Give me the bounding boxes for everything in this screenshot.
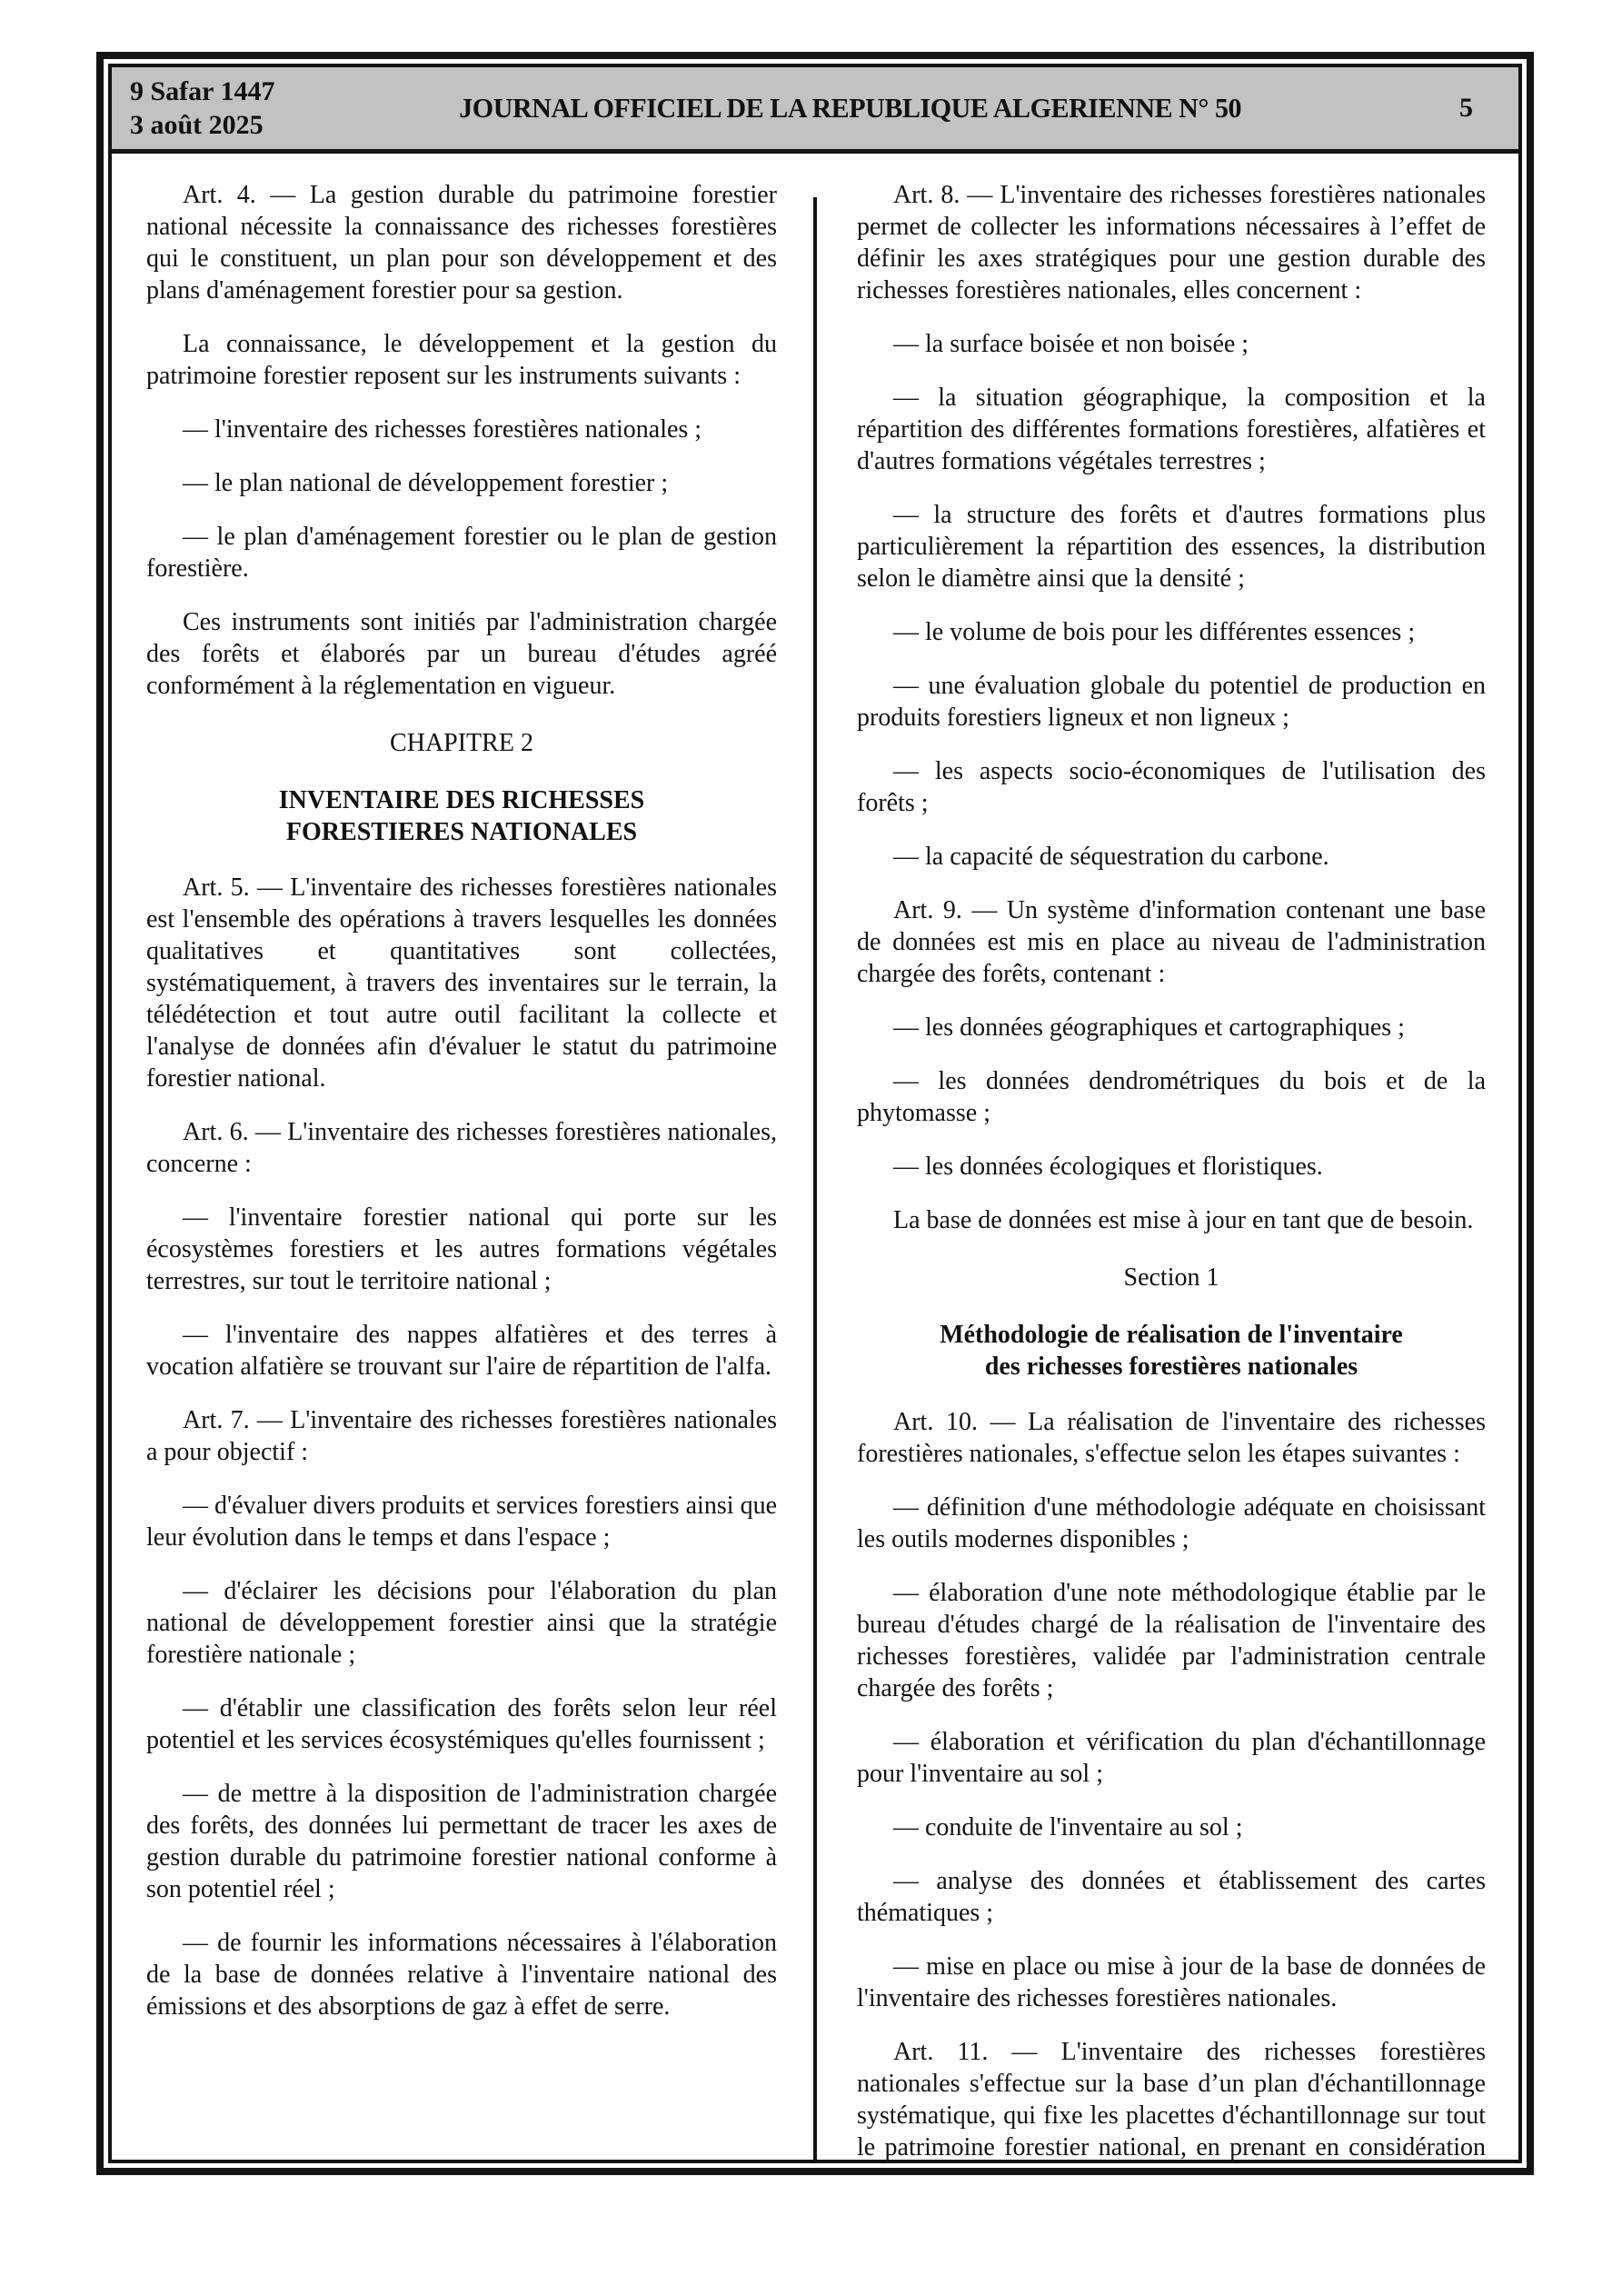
list-item: — conduite de l'inventaire au sol ; xyxy=(857,1812,1486,1843)
article-paragraph: Art. 9. — Un système d'information conte… xyxy=(857,894,1486,990)
list-item: — définition d'une méthodologie adéquate… xyxy=(857,1492,1486,1555)
section-title: Méthodologie de réalisation de l'inventa… xyxy=(857,1319,1486,1383)
right-column: Art. 8. — L'inventaire des richesses for… xyxy=(815,154,1518,2163)
list-item: — la situation géographique, la composit… xyxy=(857,382,1486,477)
page-frame-outer: 9 Safar 1447 3 août 2025 JOURNAL OFFICIE… xyxy=(96,52,1534,2175)
paragraph: La base de données est mise à jour en ta… xyxy=(857,1204,1486,1236)
list-item: — d'évaluer divers produits et services … xyxy=(146,1490,777,1553)
list-item: — élaboration d'une note méthodologique … xyxy=(857,1577,1486,1704)
list-item: — de fournir les informations nécessaire… xyxy=(146,1927,777,2022)
page-number: 5 xyxy=(1391,93,1495,124)
section-heading: Section 1 xyxy=(857,1262,1486,1293)
list-item: — le plan national de développement fore… xyxy=(146,467,777,499)
chapter-title: INVENTAIRE DES RICHESSES FORESTIERES NAT… xyxy=(146,784,777,848)
list-item: — analyse des données et établissement d… xyxy=(857,1865,1486,1929)
paragraph: La connaissance, le développement et la … xyxy=(146,328,777,392)
list-item: — le plan d'aménagement forestier ou le … xyxy=(146,521,777,584)
page-header: 9 Safar 1447 3 août 2025 JOURNAL OFFICIE… xyxy=(112,67,1518,154)
hijri-date: 9 Safar 1447 xyxy=(130,75,274,108)
page-content: Art. 4. — La gestion durable du patrimoi… xyxy=(112,154,1518,2163)
list-item: — l'inventaire des richesses forestières… xyxy=(146,414,777,445)
left-column: Art. 4. — La gestion durable du patrimoi… xyxy=(112,154,815,2163)
list-item: — d'établir une classification des forêt… xyxy=(146,1692,777,1756)
list-item: — les données géographiques et cartograp… xyxy=(857,1012,1486,1043)
journal-title: JOURNAL OFFICIEL DE LA REPUBLIQUE ALGERI… xyxy=(292,92,1375,125)
list-item: — l'inventaire forestier national qui po… xyxy=(146,1202,777,1297)
list-item: — d'éclairer les décisions pour l'élabor… xyxy=(146,1575,777,1671)
article-paragraph: Art. 11. — L'inventaire des richesses fo… xyxy=(857,2036,1486,2163)
list-item: — la structure des forêts et d'autres fo… xyxy=(857,499,1486,594)
list-item: — l'inventaire des nappes alfatières et … xyxy=(146,1319,777,1383)
chapter-heading: CHAPITRE 2 xyxy=(146,727,777,759)
article-paragraph: Art. 10. — La réalisation de l'inventair… xyxy=(857,1406,1486,1470)
list-item: — les aspects socio-économiques de l'uti… xyxy=(857,755,1486,819)
list-item: — les données écologiques et floristique… xyxy=(857,1151,1486,1183)
list-item: — la surface boisée et non boisée ; xyxy=(857,328,1486,360)
list-item: — la capacité de séquestration du carbon… xyxy=(857,841,1486,873)
article-paragraph: Art. 7. — L'inventaire des richesses for… xyxy=(146,1404,777,1468)
article-paragraph: Art. 6. — L'inventaire des richesses for… xyxy=(146,1116,777,1180)
article-paragraph: Art. 4. — La gestion durable du patrimoi… xyxy=(146,179,777,306)
article-paragraph: Art. 5. — L'inventaire des richesses for… xyxy=(146,872,777,1094)
article-paragraph: Art. 8. — L'inventaire des richesses for… xyxy=(857,179,1486,306)
list-item: — les données dendrométriques du bois et… xyxy=(857,1065,1486,1129)
column-divider xyxy=(813,197,817,2163)
issue-dates: 9 Safar 1447 3 août 2025 xyxy=(130,75,274,142)
list-item: — élaboration et vérification du plan d'… xyxy=(857,1726,1486,1790)
list-item: — mise en place ou mise à jour de la bas… xyxy=(857,1951,1486,2014)
list-item: — le volume de bois pour les différentes… xyxy=(857,616,1486,648)
list-item: — de mettre à la disposition de l'admini… xyxy=(146,1778,777,1905)
page-frame-inner: 9 Safar 1447 3 août 2025 JOURNAL OFFICIE… xyxy=(108,64,1522,2163)
list-item: — une évaluation globale du potentiel de… xyxy=(857,670,1486,734)
paragraph: Ces instruments sont initiés par l'admin… xyxy=(146,606,777,702)
gregorian-date: 3 août 2025 xyxy=(130,108,274,142)
